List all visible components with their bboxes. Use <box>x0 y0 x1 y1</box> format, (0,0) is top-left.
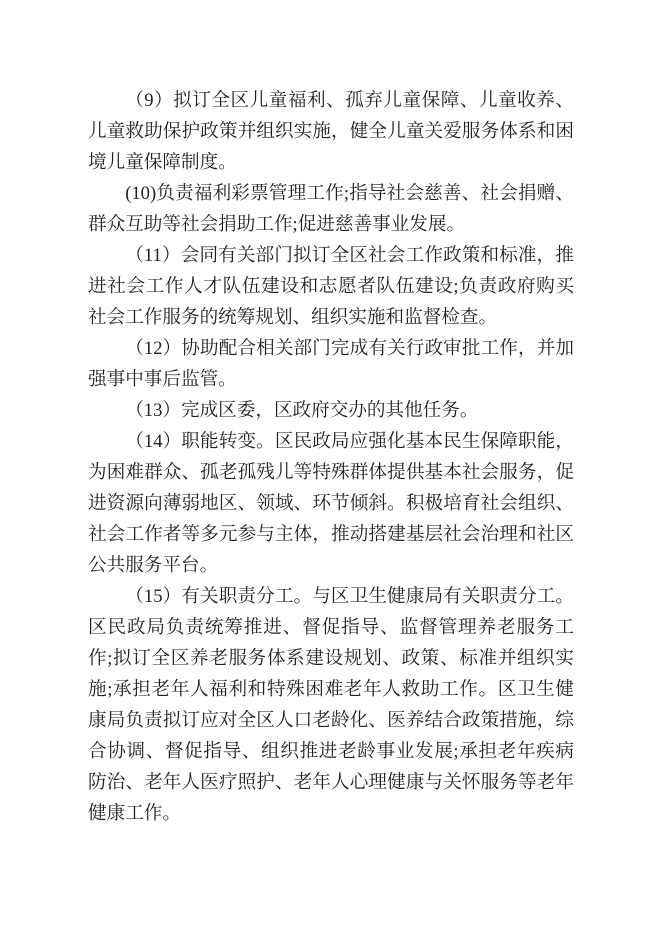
paragraph-item-14: （14）职能转变。区民政局应强化基本民生保障职能，为困难群众、孤老孤残儿等特殊群… <box>88 426 574 581</box>
document-page: （9）拟订全区儿童福利、孤弃儿童保障、儿童收养、儿童救助保护政策并组织实施，健全… <box>0 0 662 936</box>
document-body: （9）拟订全区儿童福利、孤弃儿童保障、儿童收养、儿童救助保护政策并组织实施，健全… <box>88 85 574 829</box>
paragraph-item-15: （15）有关职责分工。与区卫生健康局有关职责分工。区民政局负责统筹推进、督促指导… <box>88 581 574 829</box>
paragraph-item-12: （12）协助配合相关部门完成有关行政审批工作，并加强事中事后监管。 <box>88 333 574 395</box>
paragraph-item-10: (10)负责福利彩票管理工作;指导社会慈善、社会捐赠、群众互助等社会捐助工作;促… <box>88 178 574 240</box>
paragraph-item-11: （11）会同有关部门拟订全区社会工作政策和标准，推进社会工作人才队伍建设和志愿者… <box>88 240 574 333</box>
paragraph-item-9: （9）拟订全区儿童福利、孤弃儿童保障、儿童收养、儿童救助保护政策并组织实施，健全… <box>88 85 574 178</box>
paragraph-item-13: （13）完成区委，区政府交办的其他任务。 <box>88 395 574 426</box>
